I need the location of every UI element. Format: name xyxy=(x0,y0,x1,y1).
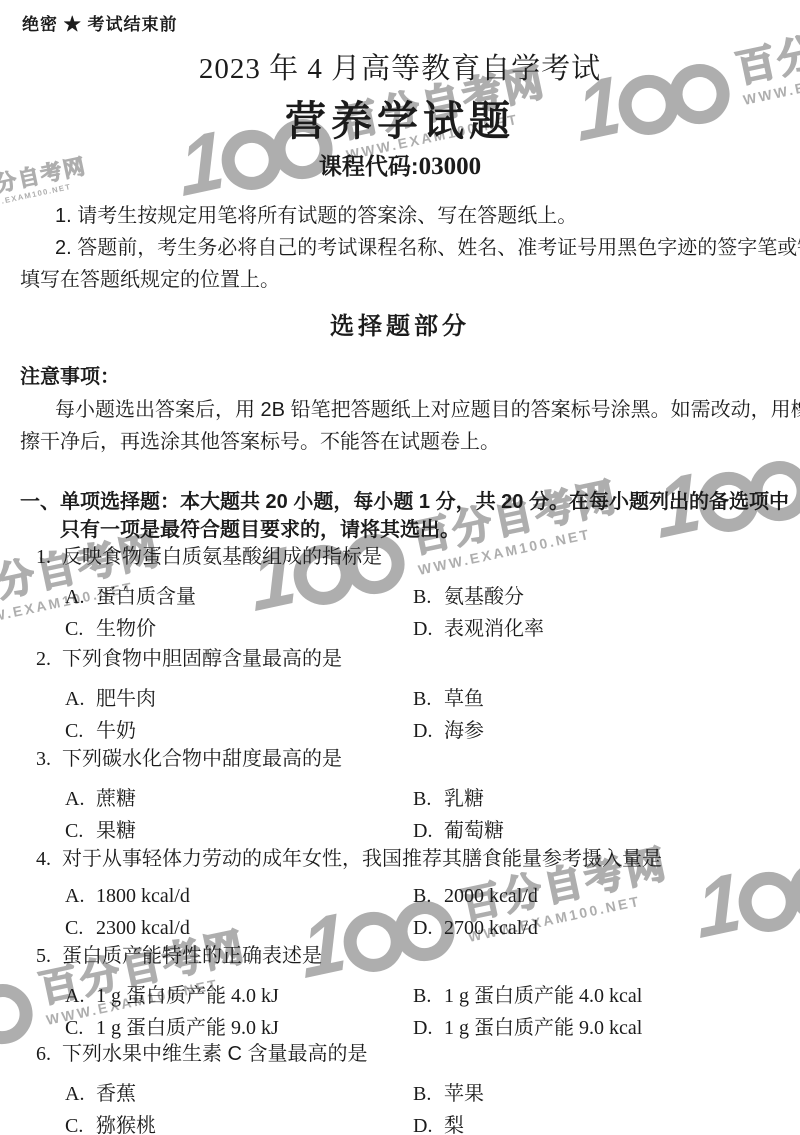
question-stem-line: 1.反映食物蛋白质氨基酸组成的指标是 xyxy=(36,540,800,569)
notice-line-2: 擦干净后，再选涂其他答案标号。不能答在试题卷上。 xyxy=(20,425,500,454)
question-number: 2. xyxy=(36,648,62,671)
option-c: C.猕猴桃 xyxy=(36,1109,413,1135)
question-stem: 下列水果中维生素 C 含量最高的是 xyxy=(62,1043,368,1065)
question-stem-line: 4.对于从事轻体力劳动的成年女性，我国推荐其膳食能量参考摄入量是 xyxy=(36,842,800,871)
option-b: B.苹果 xyxy=(413,1077,800,1106)
option-b: B.草鱼 xyxy=(413,682,800,711)
option-d: D.2700 kcal/d xyxy=(413,917,800,940)
question-stem-line: 3.下列碳水化合物中甜度最高的是 xyxy=(36,742,800,771)
question-number: 3. xyxy=(36,748,62,771)
option-b: B.2000 kcal/d xyxy=(413,885,800,908)
question-4: 4.对于从事轻体力劳动的成年女性，我国推荐其膳食能量参考摄入量是 A.1800 … xyxy=(0,842,800,944)
question-options: A.蛋白质含量 B.氨基酸分 C.生物价 D.表观消化率 xyxy=(36,578,800,642)
question-6: 6.下列水果中维生素 C 含量最高的是 A.香蕉 B.苹果 C.猕猴桃 D.梨 xyxy=(0,1037,800,1135)
question-number: 5. xyxy=(36,945,62,968)
question-1: 1.反映食物蛋白质氨基酸组成的指标是 A.蛋白质含量 B.氨基酸分 C.生物价 … xyxy=(0,540,800,642)
exam-session-title: 2023 年 4 月高等教育自学考试 xyxy=(0,46,800,87)
section-title: 选择题部分 xyxy=(0,306,800,341)
instruction-item-1: 1. 请考生按规定用笔将所有试题的答案涂、写在答题纸上。 xyxy=(55,199,577,228)
question-stem-line: 2.下列食物中胆固醇含量最高的是 xyxy=(36,642,800,671)
option-b: B.氨基酸分 xyxy=(413,580,800,609)
option-c: C.2300 kcal/d xyxy=(36,917,413,940)
part-one-heading-line-2: 只有一项是最符合题目要求的，请将其选出。 xyxy=(60,513,460,542)
page-content: 绝密 ★ 考试结束前 2023 年 4 月高等教育自学考试 营养学试题 课程代码… xyxy=(0,0,800,1135)
option-d: D.葡萄糖 xyxy=(413,814,800,843)
question-options: A.香蕉 B.苹果 C.猕猴桃 D.梨 xyxy=(36,1075,800,1135)
option-c: C.果糖 xyxy=(36,814,413,843)
question-stem-line: 5.蛋白质产能特性的正确表述是 xyxy=(36,939,800,968)
question-options: A.肥牛肉 B.草鱼 C.牛奶 D.海参 xyxy=(36,680,800,744)
question-stem-line: 6.下列水果中维生素 C 含量最高的是 xyxy=(36,1037,800,1066)
question-3: 3.下列碳水化合物中甜度最高的是 A.蔗糖 B.乳糖 C.果糖 D.葡萄糖 xyxy=(0,742,800,844)
notice-line-1: 每小题选出答案后，用 2B 铅笔把答题纸上对应题目的答案标号涂黑。如需改动，用橡… xyxy=(55,393,800,422)
question-options: A.1 g 蛋白质产能 4.0 kJ B.1 g 蛋白质产能 4.0 kcal … xyxy=(36,977,800,1041)
course-code-value: 03000 xyxy=(419,153,482,180)
paper-title: 营养学试题 xyxy=(0,88,800,147)
option-b: B.乳糖 xyxy=(413,782,800,811)
question-stem: 下列食物中胆固醇含量最高的是 xyxy=(62,648,342,670)
question-stem: 下列碳水化合物中甜度最高的是 xyxy=(62,748,342,770)
option-a: A.蔗糖 xyxy=(36,782,413,811)
secrecy-label: 绝密 ★ 考试结束前 xyxy=(22,10,177,35)
option-a: A.1800 kcal/d xyxy=(36,885,413,908)
option-a: A.蛋白质含量 xyxy=(36,580,413,609)
option-d: D.表观消化率 xyxy=(413,612,800,641)
instruction-item-2-line-2: 填写在答题纸规定的位置上。 xyxy=(20,263,280,292)
notice-heading: 注意事项： xyxy=(20,360,120,389)
option-b: B.1 g 蛋白质产能 4.0 kcal xyxy=(413,979,800,1008)
course-code-label: 课程代码: xyxy=(319,153,419,179)
question-number: 6. xyxy=(36,1043,62,1066)
option-c: C.生物价 xyxy=(36,612,413,641)
question-stem: 对于从事轻体力劳动的成年女性，我国推荐其膳食能量参考摄入量是 xyxy=(62,848,662,870)
course-code-line: 课程代码:03000 xyxy=(0,148,800,181)
option-d: D.海参 xyxy=(413,714,800,743)
question-5: 5.蛋白质产能特性的正确表述是 A.1 g 蛋白质产能 4.0 kJ B.1 g… xyxy=(0,939,800,1041)
option-a: A.肥牛肉 xyxy=(36,682,413,711)
option-a: A.1 g 蛋白质产能 4.0 kJ xyxy=(36,979,413,1008)
part-one-heading-line-1: 一、单项选择题：本大题共 20 小题，每小题 1 分，共 20 分。在每小题列出… xyxy=(20,485,789,514)
option-d: D.梨 xyxy=(413,1109,800,1135)
question-stem: 反映食物蛋白质氨基酸组成的指标是 xyxy=(62,546,382,568)
option-c: C.1 g 蛋白质产能 9.0 kJ xyxy=(36,1011,413,1040)
question-number: 1. xyxy=(36,546,62,569)
question-options: A.蔗糖 B.乳糖 C.果糖 D.葡萄糖 xyxy=(36,780,800,844)
question-stem: 蛋白质产能特性的正确表述是 xyxy=(62,945,322,967)
option-a: A.香蕉 xyxy=(36,1077,413,1106)
question-options: A.1800 kcal/d B.2000 kcal/d C.2300 kcal/… xyxy=(36,880,800,944)
option-c: C.牛奶 xyxy=(36,714,413,743)
question-2: 2.下列食物中胆固醇含量最高的是 A.肥牛肉 B.草鱼 C.牛奶 D.海参 xyxy=(0,642,800,744)
instruction-item-2-line-1: 2. 答题前，考生务必将自己的考试课程名称、姓名、准考证号用黑色字迹的签字笔或钢… xyxy=(55,231,800,260)
question-number: 4. xyxy=(36,848,62,871)
exam-paper-page: 1 百分自考网WWW.EXAM100.NET 1 百分自考网WWW.EXAM10… xyxy=(0,0,800,1135)
option-d: D.1 g 蛋白质产能 9.0 kcal xyxy=(413,1011,800,1040)
